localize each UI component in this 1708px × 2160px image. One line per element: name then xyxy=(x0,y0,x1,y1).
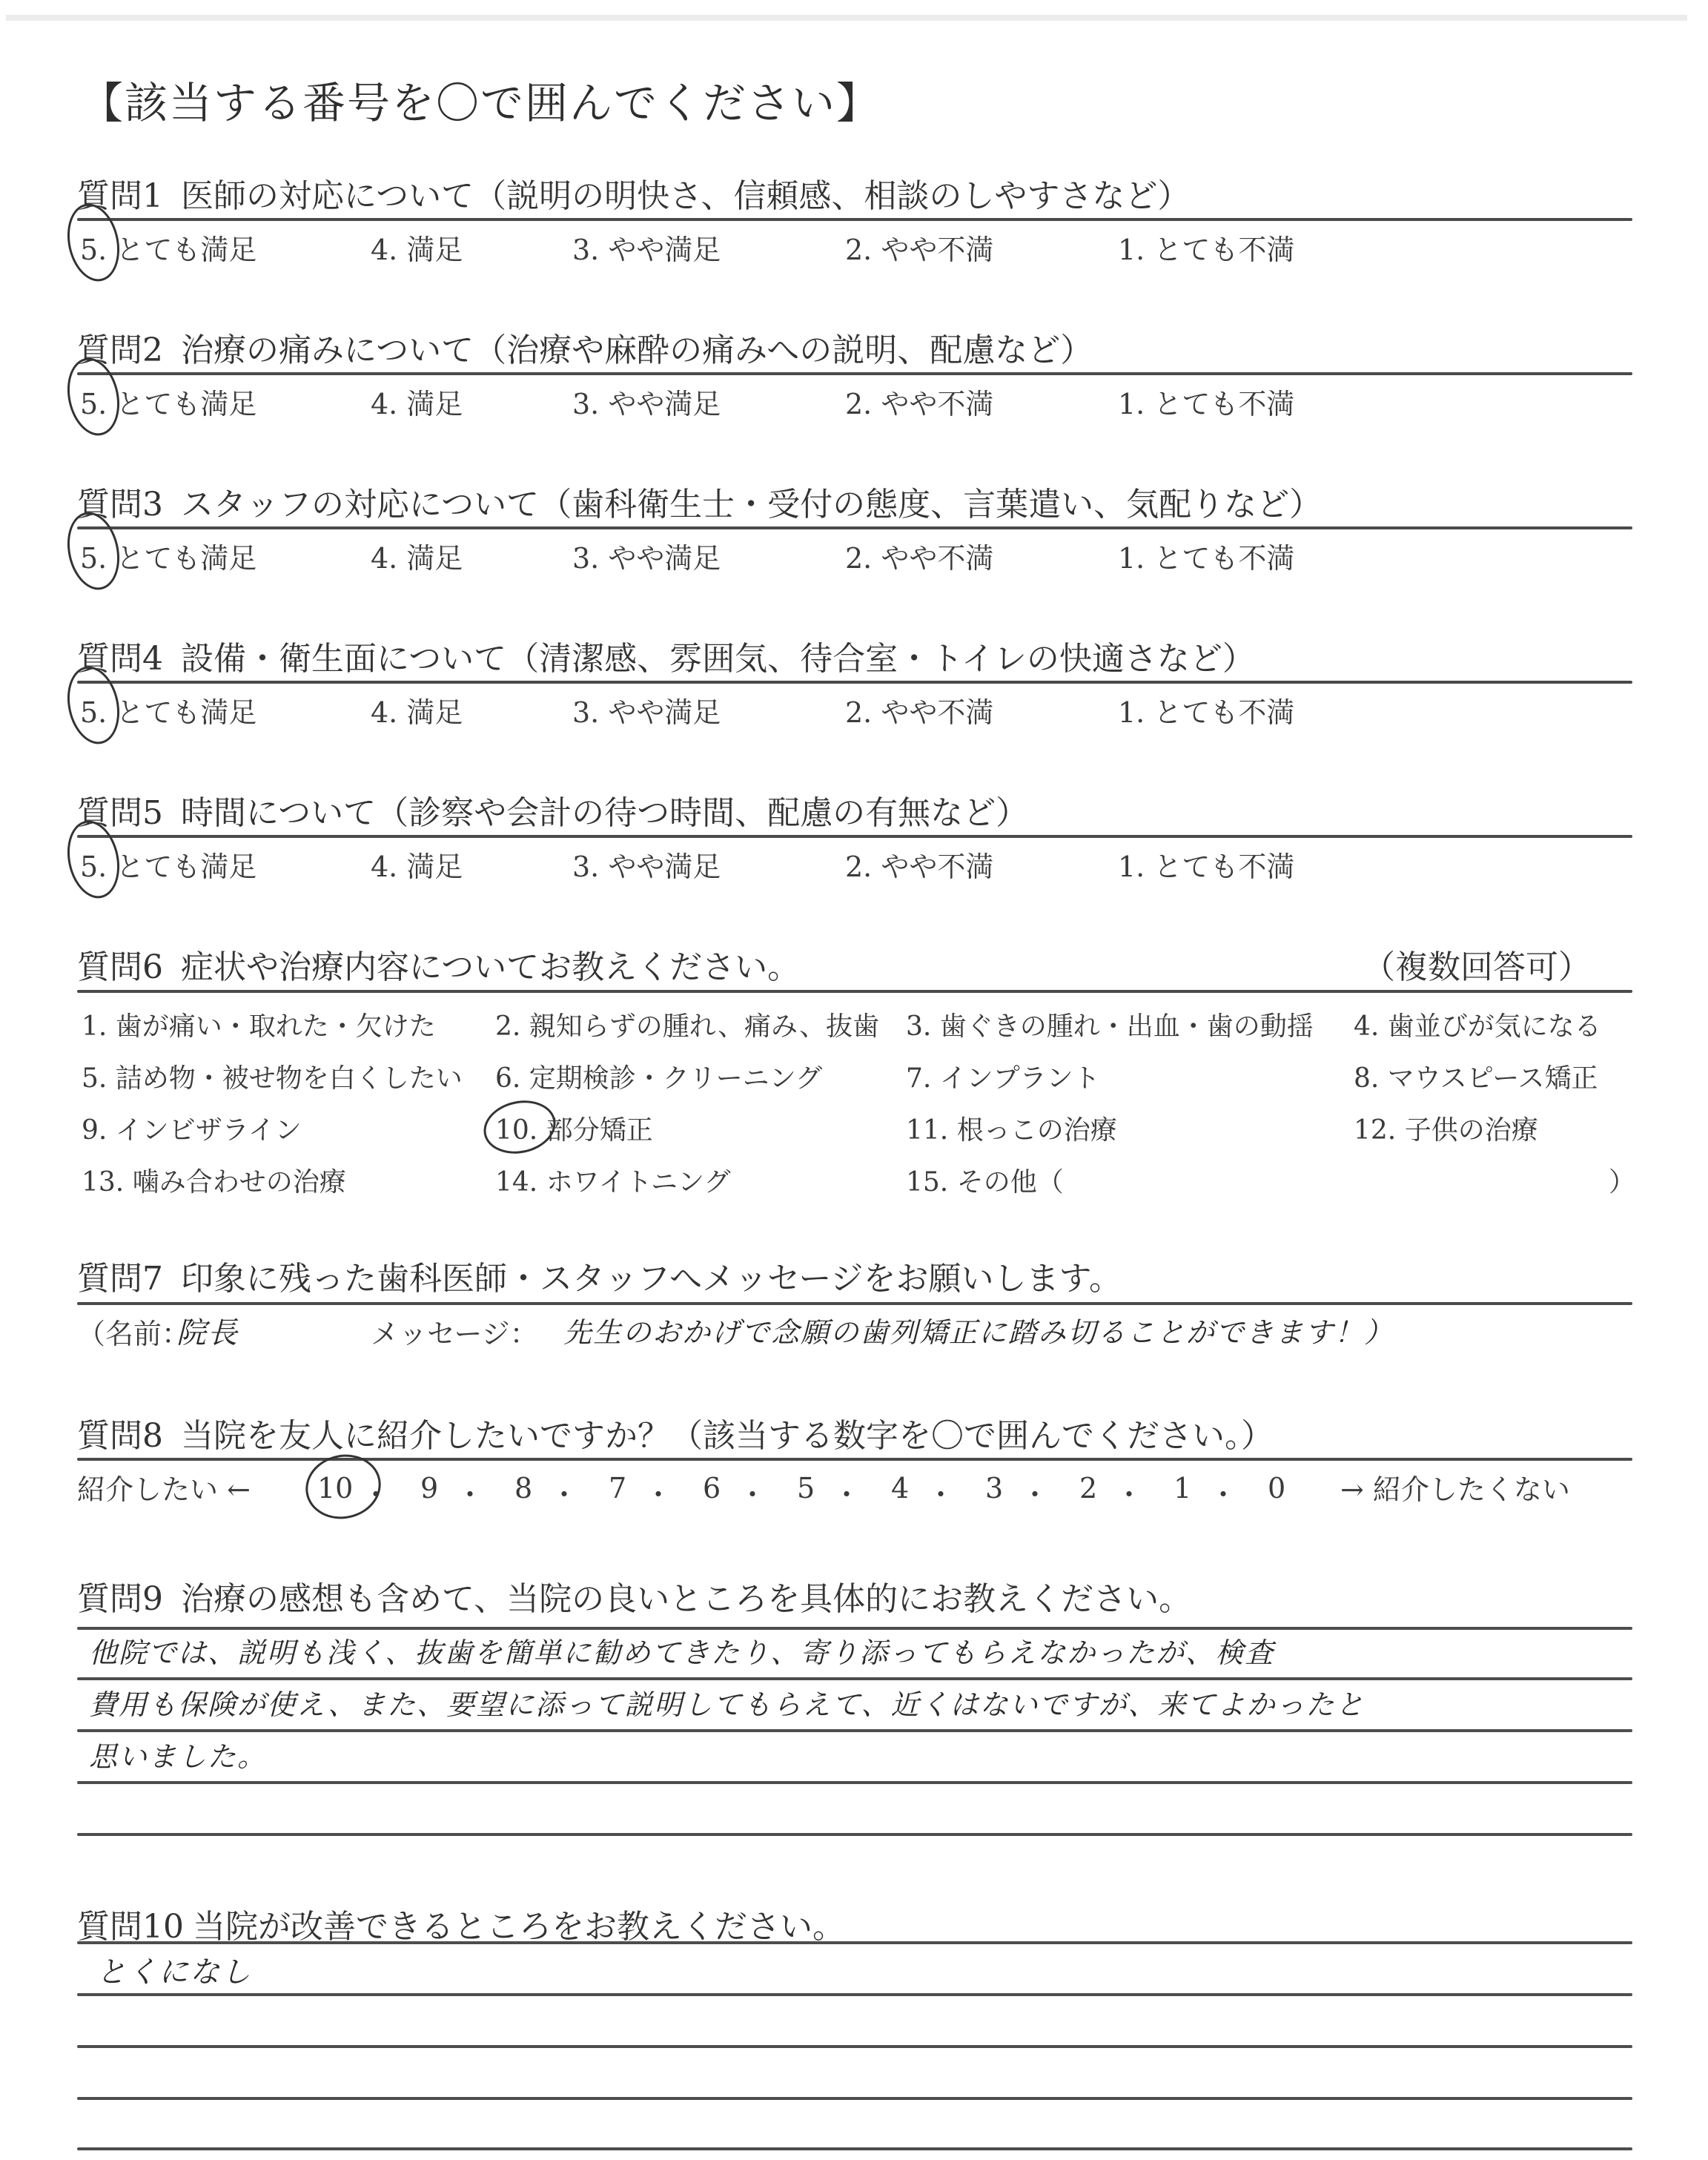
q9-line-2 xyxy=(77,1677,1632,1680)
q8-rule xyxy=(77,1458,1632,1461)
q1-heading: 質問1医師の対応について（説明の明快さ、信頼感、相談のしやすさなど） xyxy=(77,169,1190,217)
q7-rule xyxy=(77,1302,1632,1305)
q8-separator: ・ xyxy=(738,1472,767,1513)
q2-option-1[interactable]: 1. とても不満 xyxy=(1118,381,1294,422)
q8-scale-1[interactable]: 1 xyxy=(1174,1472,1191,1505)
q8-separator: ・ xyxy=(550,1472,578,1513)
q3-option-3[interactable]: 3. やや満足 xyxy=(572,535,721,576)
q6-option-11[interactable]: 11. 根っこの治療 xyxy=(906,1109,1117,1147)
q6-heading: 質問6症状や治療内容についてお教えください。 xyxy=(77,940,800,988)
q10-number: 質問10 xyxy=(77,1908,184,1946)
form-title: 【該当する番号を〇で囲んでください】 xyxy=(80,68,881,131)
q6-option-15[interactable]: 15. その他（ xyxy=(906,1161,1064,1199)
q6-option-8[interactable]: 8. マウスピース矯正 xyxy=(1354,1057,1598,1095)
q7-number: 質問7 xyxy=(77,1260,163,1298)
q8-scale-0[interactable]: 0 xyxy=(1268,1472,1285,1505)
q6-option-7[interactable]: 7. インプラント xyxy=(906,1057,1100,1095)
q6-option-13[interactable]: 13. 噛み合わせの治療 xyxy=(82,1161,346,1199)
q3-text: スタッフの対応について（歯科衛生士・受付の態度、言葉遣い、気配りなど） xyxy=(181,486,1322,524)
q9-number: 質問9 xyxy=(77,1580,163,1618)
q3-option-2[interactable]: 2. やや不満 xyxy=(845,535,993,576)
q1-option-4[interactable]: 4. 満足 xyxy=(371,227,463,268)
q2-text: 治療の痛みについて（治療や麻酔の痛みへの説明、配慮など） xyxy=(181,331,1093,369)
q4-rule xyxy=(77,681,1632,684)
q8-separator: ・ xyxy=(1115,1472,1143,1513)
q1-option-3[interactable]: 3. やや満足 xyxy=(572,227,721,268)
q5-option-1[interactable]: 1. とても不満 xyxy=(1118,844,1294,885)
q10-line-5 xyxy=(77,2147,1632,2150)
q9-line-4 xyxy=(77,1781,1632,1784)
q8-text: 当院を友人に紹介したいですか？（該当する数字を〇で囲んでください。） xyxy=(181,1417,1274,1455)
q6-option-3[interactable]: 3. 歯ぐきの腫れ・出血・歯の動揺 xyxy=(906,1005,1314,1043)
q6-option-2[interactable]: 2. 親知らずの腫れ、痛み、抜歯 xyxy=(495,1005,879,1043)
q3-option-4[interactable]: 4. 満足 xyxy=(371,535,463,576)
q9-answer-line-2[interactable]: 費用も保険が使え、また、要望に添って説明してもらえて、近くはないですが、来てよか… xyxy=(89,1682,1366,1723)
q5-heading: 質問5時間について（診察や会計の待つ時間、配慮の有無など） xyxy=(77,786,1028,833)
q1-option-1[interactable]: 1. とても不満 xyxy=(1118,227,1294,268)
q10-line-4 xyxy=(77,2097,1632,2100)
q5-rule xyxy=(77,835,1632,838)
q7-text: 印象に残った歯科医師・スタッフへメッセージをお願いします。 xyxy=(181,1260,1122,1298)
q10-line-1 xyxy=(77,1941,1632,1944)
q2-option-3[interactable]: 3. やや満足 xyxy=(572,381,721,422)
q4-option-2[interactable]: 2. やや不満 xyxy=(845,690,993,730)
q8-right-label: → 紹介したくない xyxy=(1340,1467,1570,1507)
q7-name-value[interactable]: 院長 xyxy=(176,1309,239,1352)
q7-name-label: （名前： xyxy=(77,1311,190,1352)
q10-line-3 xyxy=(77,2045,1632,2048)
q5-option-4[interactable]: 4. 満足 xyxy=(371,844,463,885)
q6-option-9[interactable]: 9. インビザライン xyxy=(82,1109,302,1147)
q2-heading: 質問2治療の痛みについて（治療や麻酔の痛みへの説明、配慮など） xyxy=(77,323,1093,371)
q2-option-2[interactable]: 2. やや不満 xyxy=(845,381,993,422)
q4-option-3[interactable]: 3. やや満足 xyxy=(572,690,721,730)
q3-option-1[interactable]: 1. とても不満 xyxy=(1118,535,1294,576)
q8-separator: ・ xyxy=(833,1472,861,1513)
q8-scale-4[interactable]: 4 xyxy=(891,1472,909,1505)
q6-rule xyxy=(77,990,1632,993)
q6-option-5[interactable]: 5. 詰め物・被せ物を白くしたい xyxy=(82,1057,463,1095)
q8-heading: 質問8当院を友人に紹介したいですか？（該当する数字を〇で囲んでください。） xyxy=(77,1409,1274,1456)
q8-scale-9[interactable]: 9 xyxy=(420,1472,438,1505)
q7-heading: 質問7印象に残った歯科医師・スタッフへメッセージをお願いします。 xyxy=(77,1252,1122,1299)
q9-line-5 xyxy=(77,1833,1632,1836)
q3-rule xyxy=(77,526,1632,529)
q6-option-4[interactable]: 4. 歯並びが気になる xyxy=(1354,1005,1601,1043)
q10-answer-line-1[interactable]: とくになし xyxy=(96,1949,252,1991)
q4-text: 設備・衛生面について（清潔感、雰囲気、待合室・トイレの快適さなど） xyxy=(181,640,1255,678)
q6-option-6[interactable]: 6. 定期検診・クリーニング xyxy=(495,1057,822,1095)
q5-option-3[interactable]: 3. やや満足 xyxy=(572,844,721,885)
q2-option-4[interactable]: 4. 満足 xyxy=(371,381,463,422)
q7-message-value[interactable]: 先生のおかげで念願の歯列矯正に踏み切ることができます！） xyxy=(563,1309,1394,1350)
q9-line-3 xyxy=(77,1729,1632,1732)
q6-option-12[interactable]: 12. 子供の治療 xyxy=(1354,1109,1538,1147)
q8-separator: ・ xyxy=(927,1472,955,1513)
q4-option-1[interactable]: 1. とても不満 xyxy=(1118,690,1294,730)
q10-text: 当院が改善できるところをお教えください。 xyxy=(193,1908,845,1946)
scan-edge xyxy=(6,15,1687,21)
q6-selection-circle xyxy=(479,1094,560,1160)
q9-answer-line-1[interactable]: 他院では、説明も浅く、抜歯を簡単に勧めてきたり、寄り添ってもらえなかったが、検査 xyxy=(89,1630,1274,1671)
q6-other-close-paren: ） xyxy=(1609,1161,1635,1199)
q5-option-2[interactable]: 2. やや不満 xyxy=(845,844,993,885)
q9-text: 治療の感想も含めて、当院の良いところを具体的にお教えください。 xyxy=(181,1580,1191,1618)
q2-rule xyxy=(77,372,1632,375)
q8-separator: ・ xyxy=(1021,1472,1049,1513)
q7-message-label: メッセージ： xyxy=(371,1311,538,1352)
q6-note: （複数回答可） xyxy=(1363,940,1591,988)
q1-option-2[interactable]: 2. やや不満 xyxy=(845,227,993,268)
q1-rule xyxy=(77,218,1632,221)
q6-option-14[interactable]: 14. ホワイトニング xyxy=(495,1161,730,1199)
q8-left-label: 紹介したい ← xyxy=(77,1467,251,1507)
q9-heading: 質問9治療の感想も含めて、当院の良いところを具体的にお教えください。 xyxy=(77,1572,1191,1619)
q8-scale-6[interactable]: 6 xyxy=(703,1472,721,1505)
q6-option-1[interactable]: 1. 歯が痛い・取れた・欠けた xyxy=(82,1005,436,1043)
q10-line-2 xyxy=(77,1993,1632,1996)
q6-text: 症状や治療内容についてお教えください。 xyxy=(181,948,800,986)
q8-separator: ・ xyxy=(644,1472,672,1513)
q8-scale-8[interactable]: 8 xyxy=(514,1472,532,1505)
q8-number: 質問8 xyxy=(77,1417,163,1455)
q3-heading: 質問3スタッフの対応について（歯科衛生士・受付の態度、言葉遣い、気配りなど） xyxy=(77,478,1322,525)
q8-separator: ・ xyxy=(1209,1472,1237,1513)
q9-answer-line-3[interactable]: 思いました。 xyxy=(89,1734,267,1774)
q8-scale-5[interactable]: 5 xyxy=(797,1472,815,1505)
q8-scale-2[interactable]: 2 xyxy=(1079,1472,1097,1505)
q4-heading: 質問4設備・衛生面について（清潔感、雰囲気、待合室・トイレの快適さなど） xyxy=(77,632,1255,679)
q10-heading: 質問10当院が改善できるところをお教えください。 xyxy=(77,1900,845,1947)
q4-option-4[interactable]: 4. 満足 xyxy=(371,690,463,730)
q6-number: 質問6 xyxy=(77,948,163,986)
q8-scale-7[interactable]: 7 xyxy=(609,1472,626,1505)
q8-scale-3[interactable]: 3 xyxy=(985,1472,1003,1505)
q1-text: 医師の対応について（説明の明快さ、信頼感、相談のしやすさなど） xyxy=(181,177,1190,215)
q8-separator: ・ xyxy=(456,1472,484,1513)
q5-text: 時間について（診察や会計の待つ時間、配慮の有無など） xyxy=(181,794,1028,832)
